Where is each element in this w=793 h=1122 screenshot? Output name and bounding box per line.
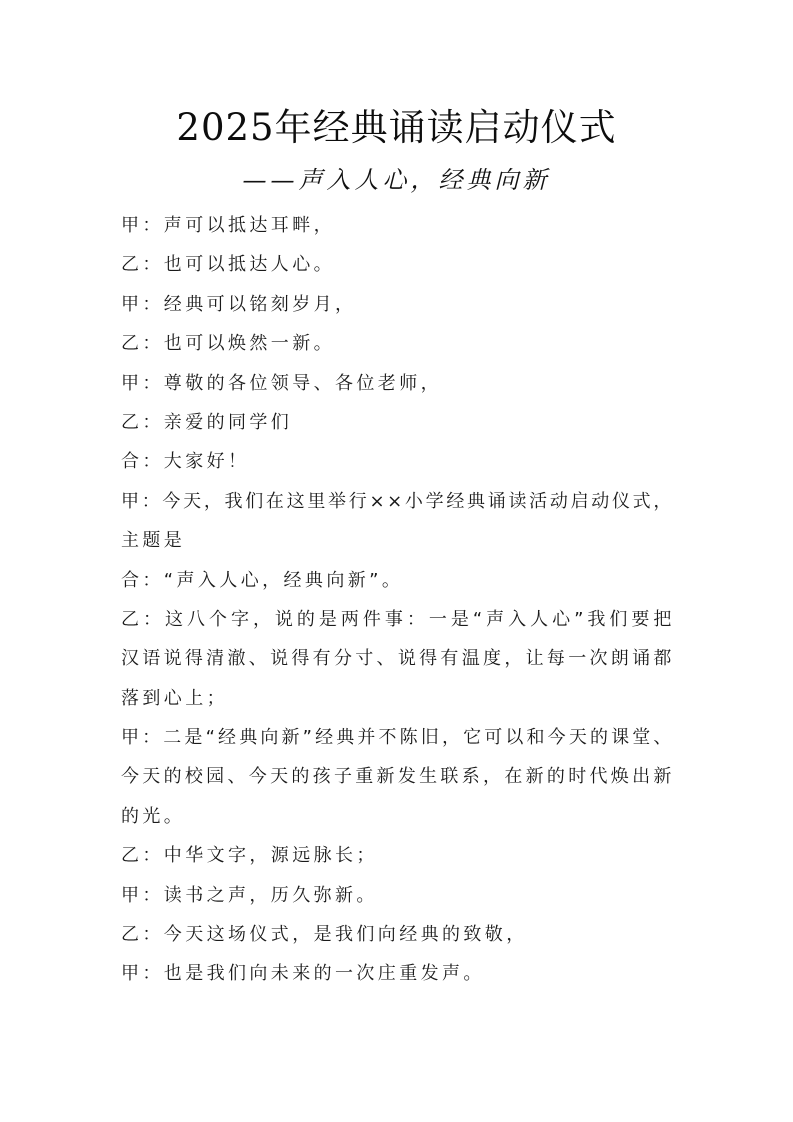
script-line: 甲：也是我们向未来的一次庄重发声。 [121,954,674,993]
script-line: 甲：尊敬的各位领导、各位老师， [121,364,674,403]
script-line: 乙：这八个字，说的是两件事：一是“声入人心”我们要把 [121,600,674,639]
script-line: 乙：中华文字，源远脉长； [121,836,674,875]
script-line: 乙：也可以抵达人心。 [121,245,674,284]
script-line: 甲：声可以抵达耳畔， [121,206,674,245]
script-body: 甲：声可以抵达耳畔， 乙：也可以抵达人心。 甲：经典可以铭刻岁月， 乙：也可以焕… [121,206,674,994]
document-subtitle: ——声入人心，经典向新 [0,163,793,197]
script-line: 甲：读书之声，历久弥新。 [121,876,674,915]
script-line: 合：大家好！ [121,442,674,481]
script-line: 乙：亲爱的同学们 [121,403,674,442]
script-line: 甲：经典可以铭刻岁月， [121,285,674,324]
document-page: 2025年经典诵读启动仪式 ——声入人心，经典向新 甲：声可以抵达耳畔， 乙：也… [0,0,793,1122]
document-title: 2025年经典诵读启动仪式 [0,104,793,152]
script-line: 甲：今天，我们在这里举行××小学经典诵读活动启动仪式， [121,482,674,521]
script-line: 乙：今天这场仪式，是我们向经典的致敬， [121,915,674,954]
script-line: 乙：也可以焕然一新。 [121,324,674,363]
script-line-continuation: 主题是 [121,521,674,560]
script-line: 甲：二是“经典向新”经典并不陈旧，它可以和今天的课堂、 [121,718,674,757]
script-line-continuation: 汉语说得清澈、说得有分寸、说得有温度，让每一次朗诵都 [121,639,674,678]
script-line-continuation: 落到心上； [121,679,674,718]
script-line-continuation: 的光。 [121,797,674,836]
script-line: 合：“声入人心，经典向新”。 [121,561,674,600]
script-line-continuation: 今天的校园、今天的孩子重新发生联系，在新的时代焕出新 [121,757,674,796]
